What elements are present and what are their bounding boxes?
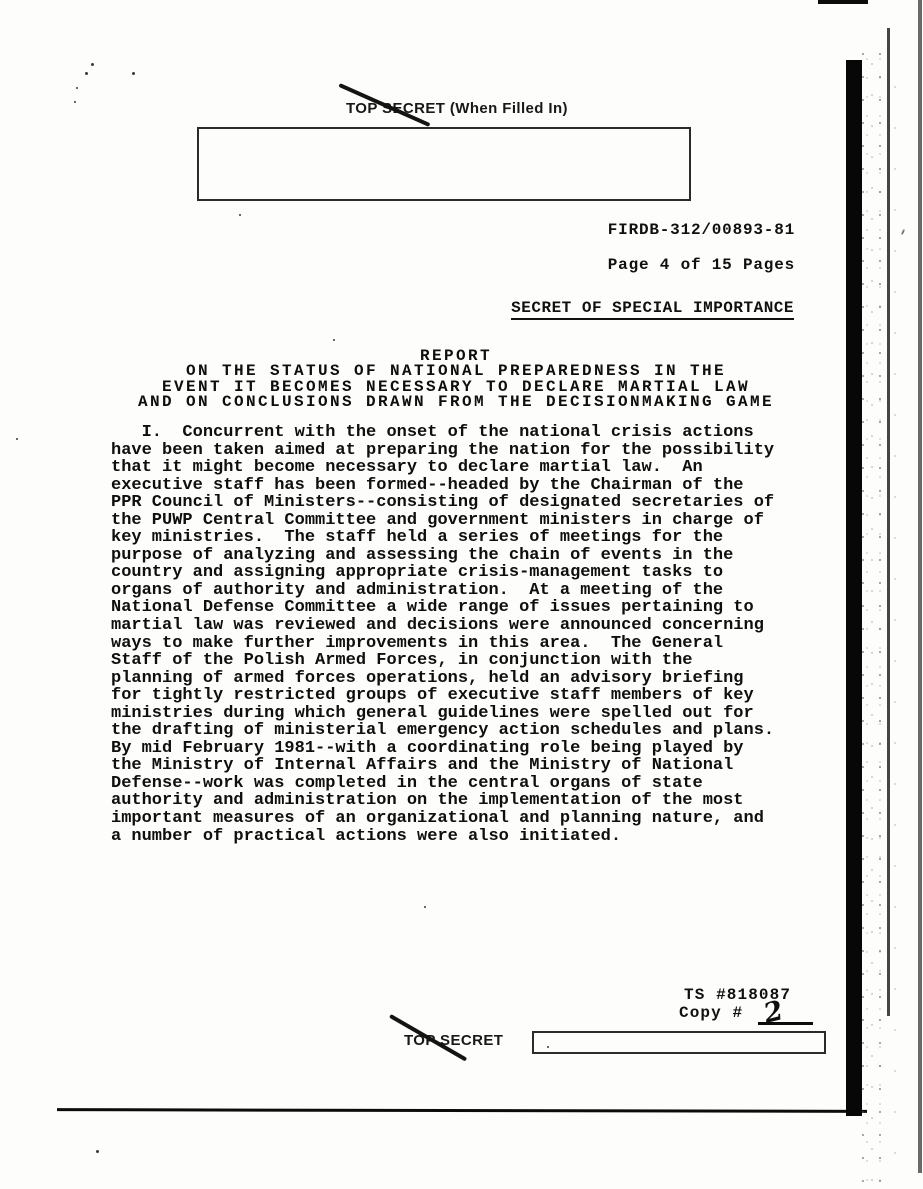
report-title: REPORT ON THE STATUS OF NATIONAL PREPARE…: [6, 349, 906, 411]
doc-number: FIRDB-312/00893-81: [400, 221, 795, 239]
scan-edge-line: [887, 28, 890, 1016]
page-count: Page 4 of 15 Pages: [400, 256, 795, 274]
special-marking-wrap: SECRET OF SPECIAL IMPORTANCE: [400, 299, 794, 317]
header-stamp-box: [197, 127, 691, 201]
page-bottom-rule: [57, 1108, 867, 1113]
copy-number-underline: [758, 1022, 813, 1025]
scan-edge-noise: [890, 80, 918, 1180]
special-marking: SECRET OF SPECIAL IMPORTANCE: [511, 299, 794, 320]
scan-edge-line: [918, 0, 922, 1173]
doc-number-block: FIRDB-312/00893-81 Page 4 of 15 Pages: [400, 221, 795, 274]
scan-edge-top-mark: [818, 0, 868, 4]
footer-stamp-box: [532, 1031, 826, 1054]
scan-edge-noise: [860, 50, 890, 1189]
copy-number-label: Copy #: [679, 1004, 743, 1022]
scanned-document-page: TOP SECRET (When Filled In) FIRDB-312/00…: [0, 0, 923, 1189]
report-body: I. Concurrent with the onset of the nati…: [111, 424, 774, 845]
title-line-4: AND ON CONCLUSIONS DRAWN FROM THE DECISI…: [6, 395, 906, 410]
